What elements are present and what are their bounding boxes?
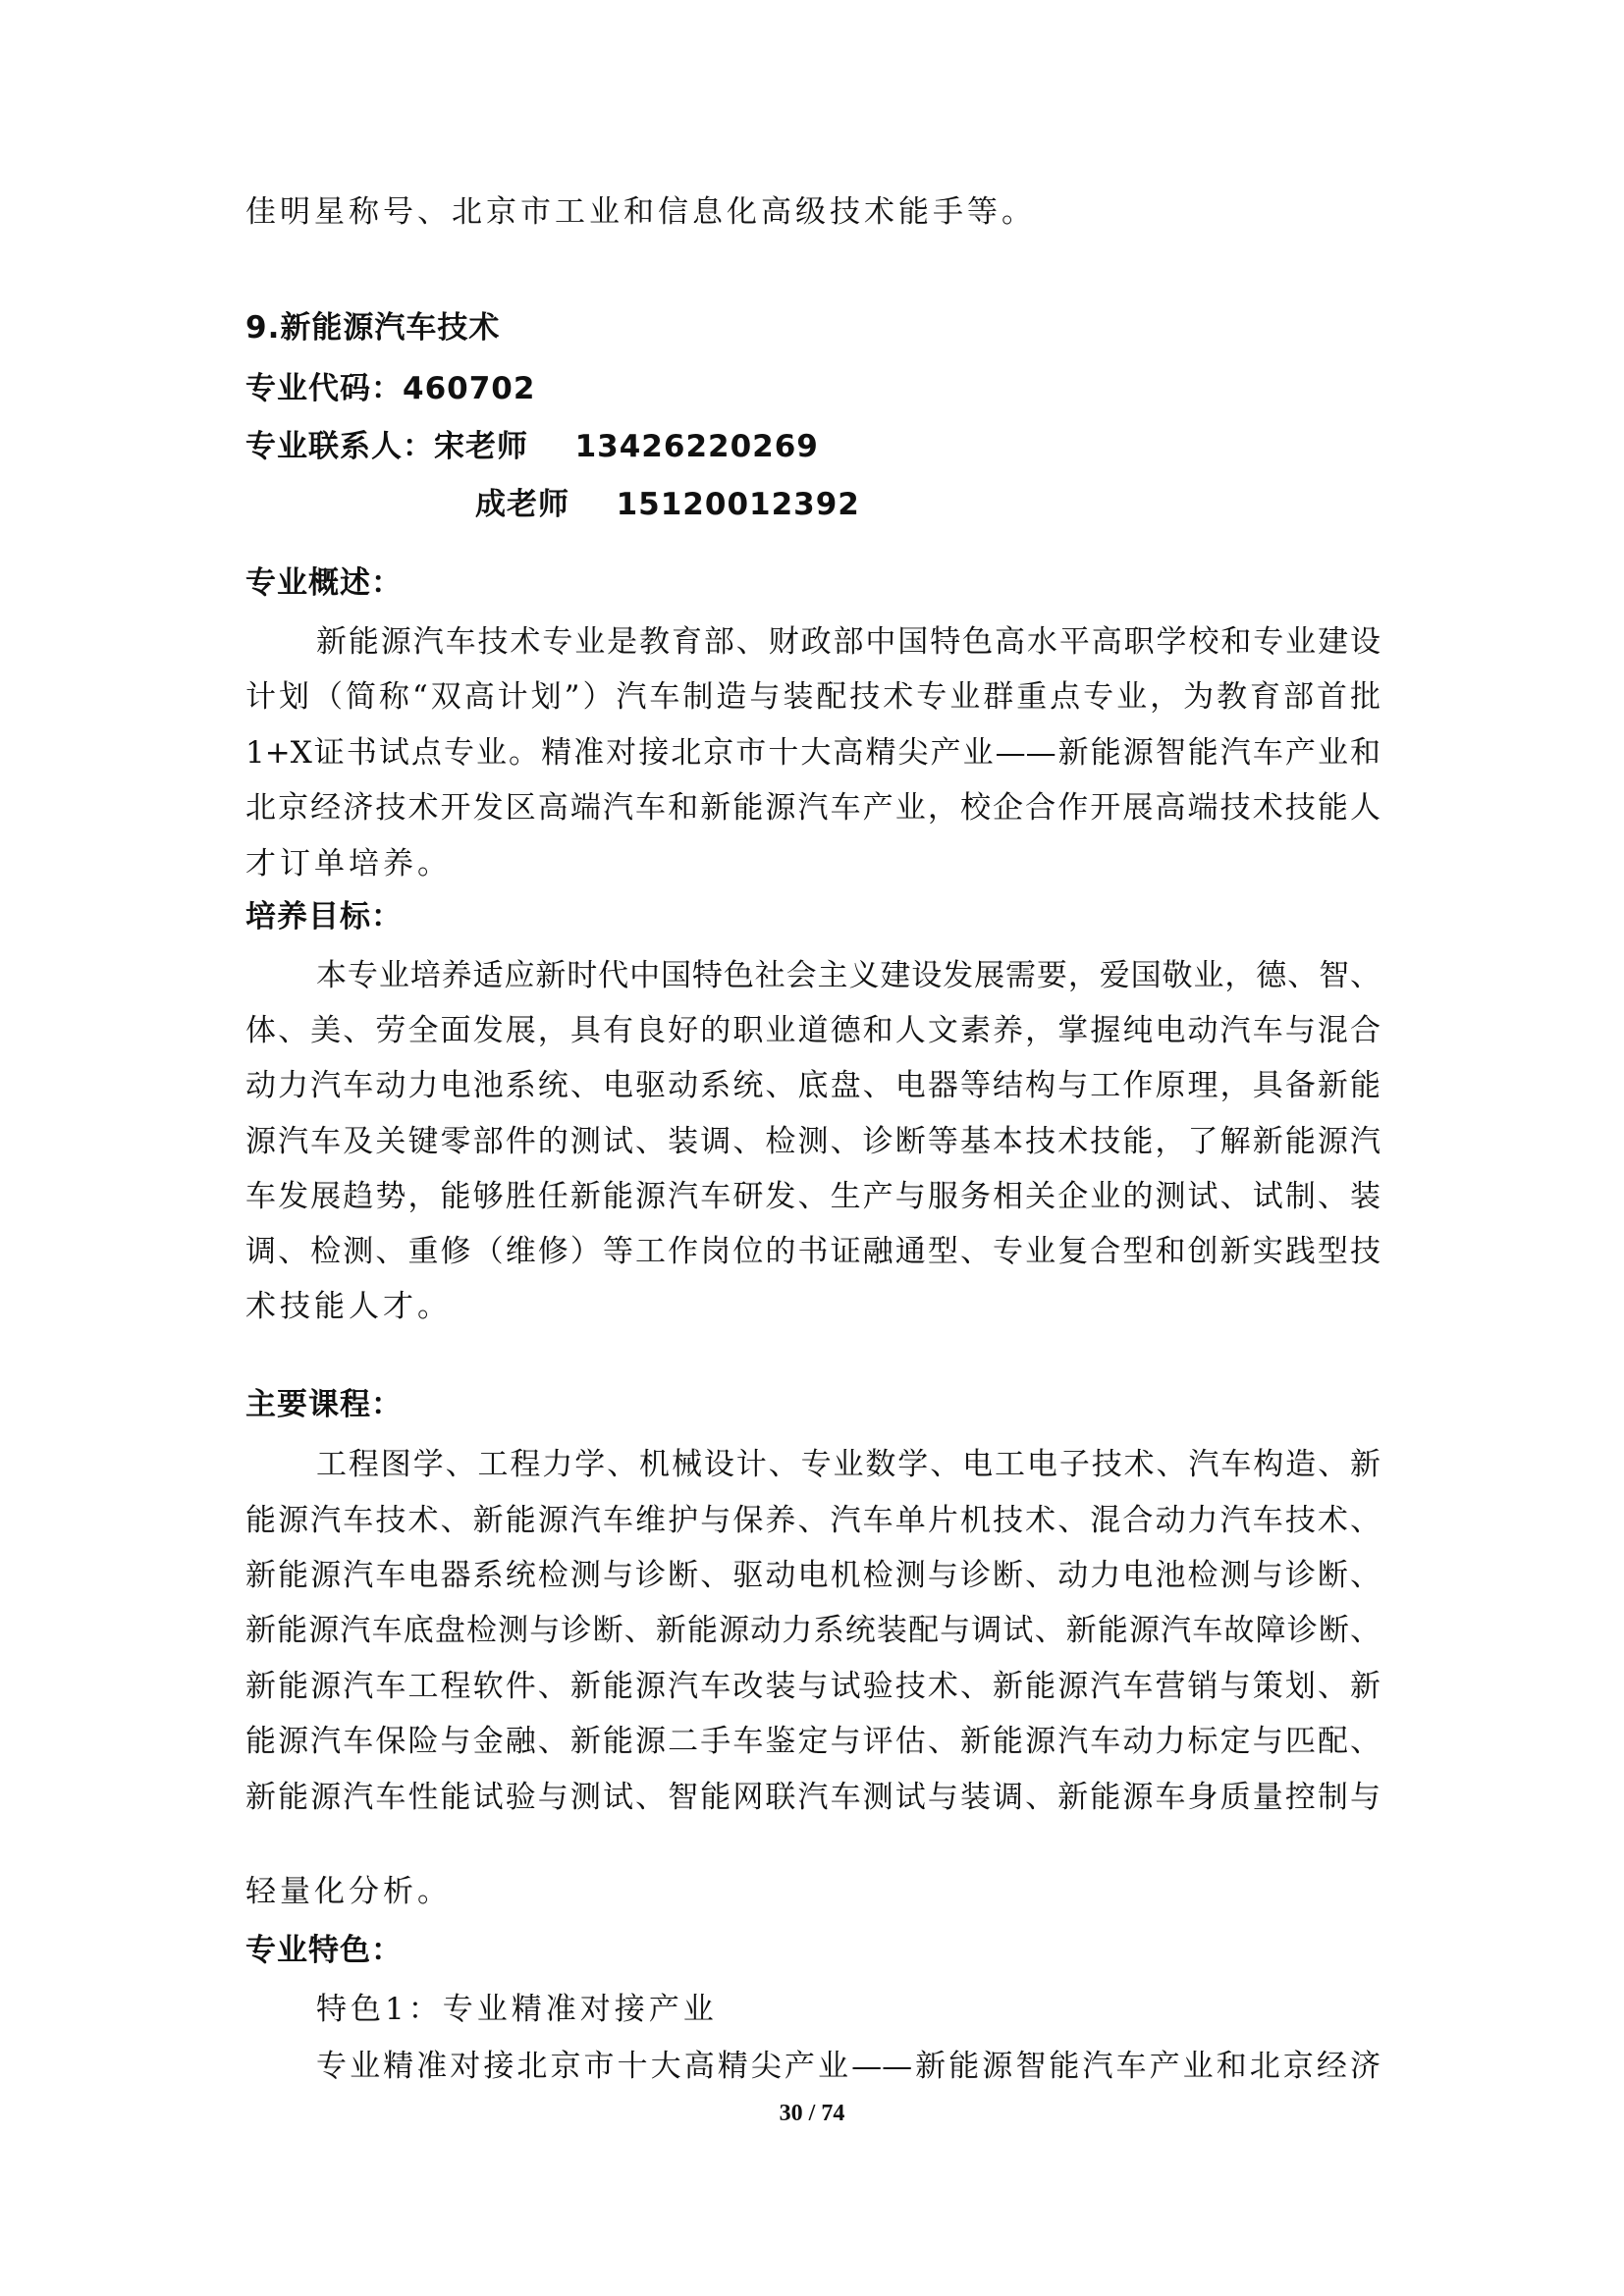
features-title: 专业特色： — [245, 1931, 403, 1970]
major-heading: 9.新能源汽车技术 — [245, 308, 500, 347]
goals-line: 术技能人才。 — [245, 1287, 452, 1326]
contact-label: 专业联系人： — [245, 429, 434, 464]
overview-title: 专业概述： — [245, 563, 403, 603]
contact-phone: 13426220269 — [575, 429, 819, 464]
courses-line: 能源汽车技术、新能源汽车维护与保养、汽车单片机技术、混合动力汽车技术、 — [245, 1501, 1380, 1540]
courses-title: 主要课程： — [245, 1385, 403, 1424]
contact-row-1: 专业联系人：宋老师 13426220269 — [245, 427, 819, 466]
courses-line: 能源汽车保险与金融、新能源二手车鉴定与评估、新能源汽车动力标定与匹配、 — [245, 1722, 1380, 1761]
page-number: 30 / 74 — [0, 2101, 1624, 2127]
overview-line: 新能源汽车技术专业是教育部、财政部中国特色高水平高职学校和专业建设 — [316, 622, 1380, 662]
contact-name: 宋老师 — [434, 427, 552, 466]
goals-title: 培养目标： — [245, 897, 403, 936]
courses-line: 新能源汽车底盘检测与诊断、新能源动力系统装配与调试、新能源汽车故障诊断、 — [245, 1611, 1380, 1650]
goals-line: 车发展趋势，能够胜任新能源汽车研发、生产与服务相关企业的测试、试制、装 — [245, 1177, 1380, 1216]
contact-row-2: 成老师 15120012392 — [475, 485, 860, 524]
overview-line: 1+X证书试点专业。精准对接北京市十大高精尖产业——新能源智能汽车产业和 — [245, 733, 1380, 773]
feature1-title: 特色1：专业精准对接产业 — [316, 1990, 718, 2029]
prev-section-tail: 佳明星称号、北京市工业和信息化高级技术能手等。 — [245, 192, 1036, 232]
contact-name: 成老师 — [475, 485, 593, 524]
goals-line: 体、美、劳全面发展，具有良好的职业道德和人文素养，掌握纯电动汽车与混合 — [245, 1011, 1380, 1050]
major-code-value: 460702 — [403, 371, 535, 406]
contact-phone: 15120012392 — [617, 487, 860, 522]
overview-line: 才订单培养。 — [245, 844, 452, 883]
courses-line: 轻量化分析。 — [245, 1872, 452, 1911]
courses-line: 新能源汽车性能试验与测试、智能网联汽车测试与装调、新能源车身质量控制与 — [245, 1778, 1380, 1817]
courses-line: 工程图学、工程力学、机械设计、专业数学、电工电子技术、汽车构造、新 — [316, 1445, 1380, 1484]
goals-line: 源汽车及关键零部件的测试、装调、检测、诊断等基本技术技能，了解新能源汽 — [245, 1122, 1380, 1161]
courses-line: 新能源汽车电器系统检测与诊断、驱动电机检测与诊断、动力电池检测与诊断、 — [245, 1556, 1380, 1595]
overview-line: 计划（简称“双高计划”）汽车制造与装配技术专业群重点专业，为教育部首批 — [245, 677, 1380, 717]
courses-line: 新能源汽车工程软件、新能源汽车改装与试验技术、新能源汽车营销与策划、新 — [245, 1667, 1380, 1706]
major-code-label: 专业代码： — [245, 371, 403, 406]
goals-line: 调、检测、重修（维修）等工作岗位的书证融通型、专业复合型和创新实践型技 — [245, 1232, 1380, 1271]
goals-line: 本专业培养适应新时代中国特色社会主义建设发展需要，爱国敬业，德、智、 — [316, 956, 1380, 995]
overview-line: 北京经济技术开发区高端汽车和新能源汽车产业，校企合作开展高端技术技能人 — [245, 788, 1380, 828]
goals-line: 动力汽车动力电池系统、电驱动系统、底盘、电器等结构与工作原理，具备新能 — [245, 1066, 1380, 1105]
feature1-text: 专业精准对接北京市十大高精尖产业——新能源智能汽车产业和北京经济 — [316, 2047, 1380, 2086]
major-code-row: 专业代码：460702 — [245, 369, 535, 408]
